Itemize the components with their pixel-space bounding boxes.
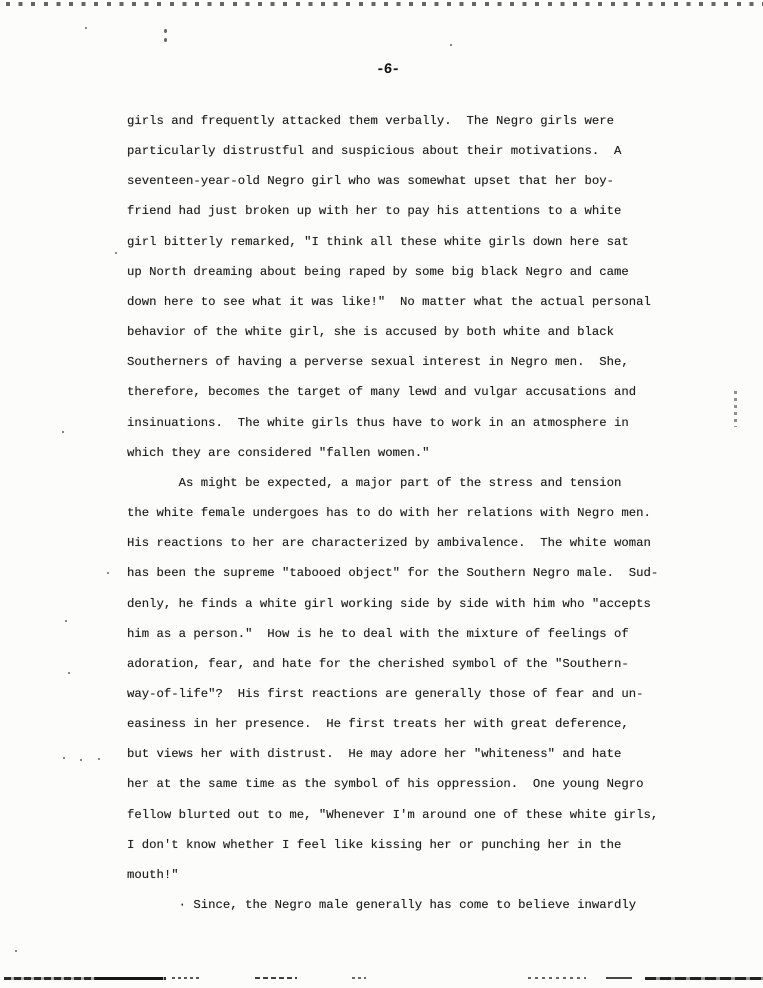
text-line: has been the supreme "tabooed object" fo… bbox=[127, 558, 727, 588]
scan-speck bbox=[65, 620, 67, 622]
text-line: adoration, fear, and hate for the cheris… bbox=[127, 649, 727, 679]
text-line: denly, he finds a white girl working sid… bbox=[127, 589, 727, 619]
scan-artifact-vertical-marks bbox=[734, 391, 737, 427]
scan-edge-dotted-line bbox=[6, 2, 763, 6]
text-line: fellow blurted out to me, "Whenever I'm … bbox=[127, 800, 727, 830]
text-line: As might be expected, a major part of th… bbox=[127, 468, 727, 498]
text-line: His reactions to her are characterized b… bbox=[127, 528, 727, 558]
scan-speck bbox=[164, 38, 167, 42]
scan-speck bbox=[107, 572, 109, 574]
text-line: girl bitterly remarked, "I think all the… bbox=[127, 227, 727, 257]
scan-speck bbox=[115, 252, 117, 254]
scan-speck bbox=[63, 757, 65, 759]
text-line: up North dreaming about being raped by s… bbox=[127, 257, 727, 287]
scan-edge-segment bbox=[528, 977, 586, 979]
scan-edge-bottom-line bbox=[0, 975, 763, 983]
text-line: behavior of the white girl, she is accus… bbox=[127, 317, 727, 347]
scan-edge-segment bbox=[645, 977, 763, 980]
scan-speck bbox=[15, 950, 17, 952]
text-line: girls and frequently attacked them verba… bbox=[127, 106, 727, 136]
scan-speck bbox=[164, 29, 167, 33]
scan-edge-segment bbox=[95, 977, 163, 980]
text-line: I don't know whether I feel like kissing… bbox=[127, 830, 727, 860]
text-line: · Since, the Negro male generally has co… bbox=[127, 890, 727, 920]
scan-speck bbox=[450, 44, 452, 46]
page-number: -6- bbox=[0, 62, 763, 78]
text-line: the white female undergoes has to do wit… bbox=[127, 498, 727, 528]
text-line: friend had just broken up with her to pa… bbox=[127, 196, 727, 226]
text-line: easiness in her presence. He first treat… bbox=[127, 709, 727, 739]
scan-speck bbox=[80, 759, 82, 761]
text-line: which they are considered "fallen women.… bbox=[127, 438, 727, 468]
text-line: way-of-life"? His first reactions are ge… bbox=[127, 679, 727, 709]
scan-edge-segment bbox=[606, 977, 632, 979]
typewritten-text-block: girls and frequently attacked them verba… bbox=[127, 106, 727, 920]
document-page: -6- girls and frequently attacked them v… bbox=[0, 0, 763, 988]
scan-edge-segment bbox=[172, 977, 202, 979]
text-line: particularly distrustful and suspicious … bbox=[127, 136, 727, 166]
text-line: him as a person." How is he to deal with… bbox=[127, 619, 727, 649]
text-line: insinuations. The white girls thus have … bbox=[127, 408, 727, 438]
text-line: but views her with distrust. He may ador… bbox=[127, 739, 727, 769]
text-line: therefore, becomes the target of many le… bbox=[127, 377, 727, 407]
scan-edge-segment bbox=[255, 977, 297, 979]
text-line: her at the same time as the symbol of hi… bbox=[127, 769, 727, 799]
text-line: down here to see what it was like!" No m… bbox=[127, 287, 727, 317]
text-line: seventeen-year-old Negro girl who was so… bbox=[127, 166, 727, 196]
scan-speck bbox=[98, 758, 100, 760]
text-line: Southerners of having a perverse sexual … bbox=[127, 347, 727, 377]
scan-edge-segment bbox=[352, 977, 366, 979]
scan-speck bbox=[85, 27, 87, 29]
scan-speck bbox=[68, 672, 70, 674]
text-line: mouth!" bbox=[127, 860, 727, 890]
scan-speck bbox=[62, 431, 64, 433]
